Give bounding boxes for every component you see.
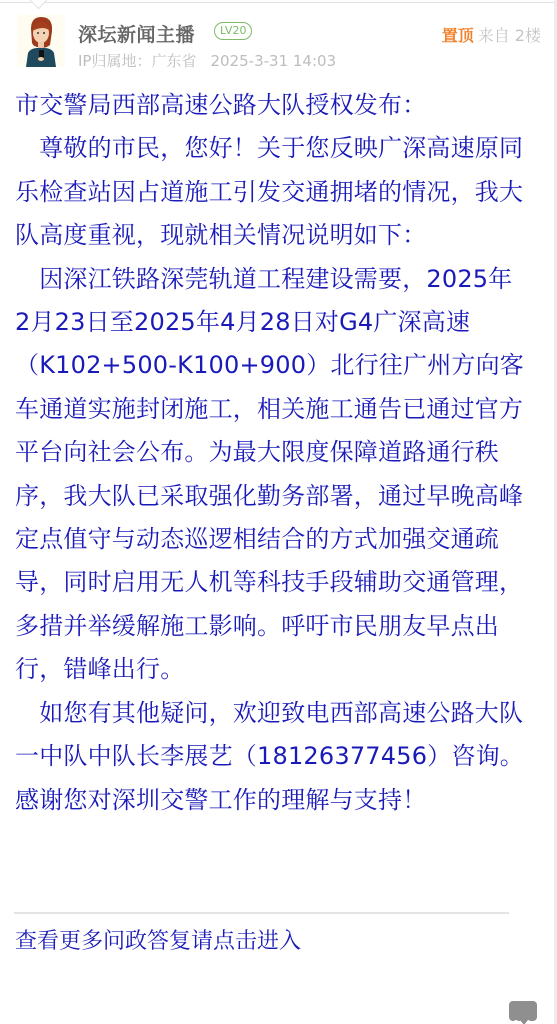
avatar[interactable] (17, 15, 65, 67)
level-badge: LV20 (214, 22, 252, 40)
comment-button[interactable] (509, 1001, 537, 1021)
post-content: 市交警局西部高速公路大队授权发布： 尊敬的市民，您好！关于您反映广深高速原同乐检… (15, 84, 527, 822)
content-paragraph: 因深江铁路深莞轨道工程建设需要，2025年2月23日至2025年4月28日对G4… (15, 258, 527, 692)
post-time: 2025-3-31 14:03 (210, 52, 336, 70)
pinned-label: 置顶 (442, 26, 474, 45)
ip-location: IP归属地：广东省 (78, 52, 196, 70)
comment-bubble-tail (520, 1020, 528, 1024)
pin-info: 置顶来自 2楼 (442, 23, 541, 46)
author-name[interactable]: 深坛新闻主播 (78, 20, 195, 47)
content-paragraph: 如您有其他疑问，欢迎致电西部高速公路大队一中队中队长李展艺（1812637745… (15, 692, 527, 822)
divider (14, 912, 509, 914)
anchor-avatar-icon (17, 15, 65, 67)
floor-label: 来自 2楼 (478, 26, 541, 45)
content-paragraph: 尊敬的市民，您好！关于您反映广深高速原同乐检查站因占道施工引发交通拥堵的情况，我… (15, 127, 527, 257)
content-title: 市交警局西部高速公路大队授权发布： (15, 84, 527, 127)
more-replies-link[interactable]: 查看更多问政答复请点击进入 (15, 924, 301, 955)
post-header: 深坛新闻主播 LV20 IP归属地：广东省2025-3-31 14:03 置顶来… (0, 0, 557, 80)
post-meta: IP归属地：广东省2025-3-31 14:03 (78, 50, 336, 71)
